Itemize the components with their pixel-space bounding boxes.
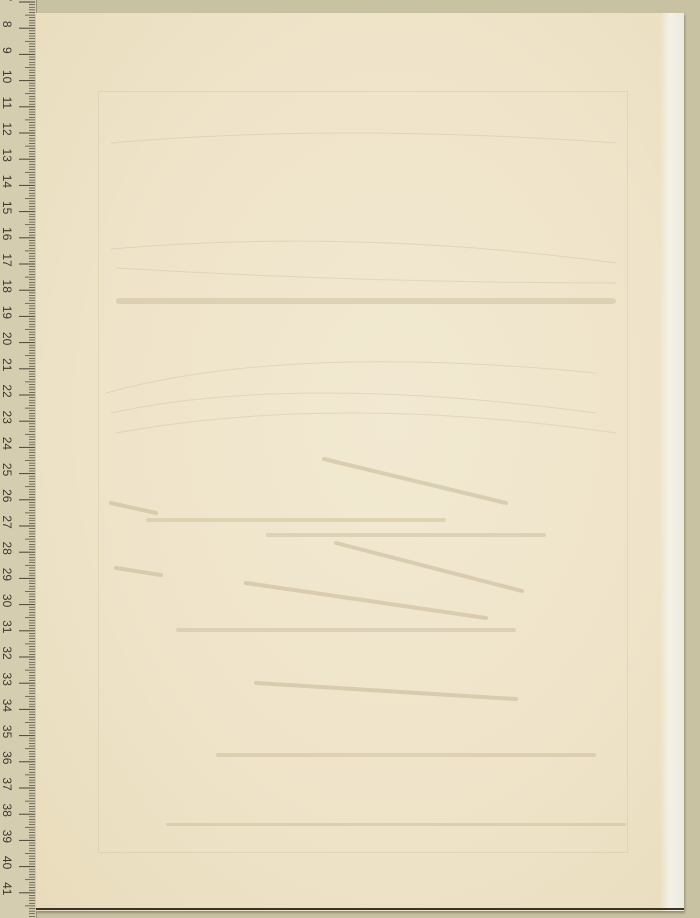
ruler-label: 21 [0,358,14,372]
ruler-label: 26 [0,489,14,503]
ruler-label: 41 [0,882,14,896]
ruler-label: 25 [0,463,14,477]
ruler-label: 39 [0,830,14,844]
ruler-label: 20 [0,332,14,346]
ruler-label: 32 [0,646,14,660]
ruler-label: 18 [0,280,14,294]
ruler-label: 19 [0,306,14,320]
show-through-music-notation [36,13,684,911]
ruler-label: 13 [0,149,14,163]
ruler-label: 35 [0,725,14,739]
ruler-label: 30 [0,594,14,608]
ruler-label: 9 [0,47,14,54]
ruler-label: 27 [0,515,14,529]
ruler-label: 24 [0,437,14,451]
ruler-label: 7 [0,0,14,2]
ruler-label: 28 [0,542,14,556]
sheet-bottom-shadow [36,908,684,910]
ruler-label: 16 [0,227,14,241]
ruler-label: 17 [0,253,14,267]
ruler-label: 8 [0,21,14,28]
ruler-label: 22 [0,384,14,398]
ruler-label: 23 [0,411,14,425]
ruler-ticks: 7891011121314151617181920212223242526272… [0,0,36,918]
ruler-label: 12 [0,122,14,136]
ruler-label: 38 [0,804,14,818]
ruler-label: 33 [0,673,14,687]
ruler-label: 11 [0,97,14,110]
ruler-label: 15 [0,201,14,215]
ruler-label: 29 [0,568,14,582]
ruler-label: 31 [0,620,14,634]
ruler-label: 34 [0,699,14,713]
ruler-label: 40 [0,856,14,870]
ruler-label: 36 [0,751,14,765]
paper-sheet [36,13,684,911]
measuring-ruler: 7891011121314151617181920212223242526272… [0,0,37,918]
ruler-label: 14 [0,175,14,189]
ruler-label: 10 [0,70,14,84]
sheet-right-edge [660,13,684,911]
ruler-label: 37 [0,777,14,791]
